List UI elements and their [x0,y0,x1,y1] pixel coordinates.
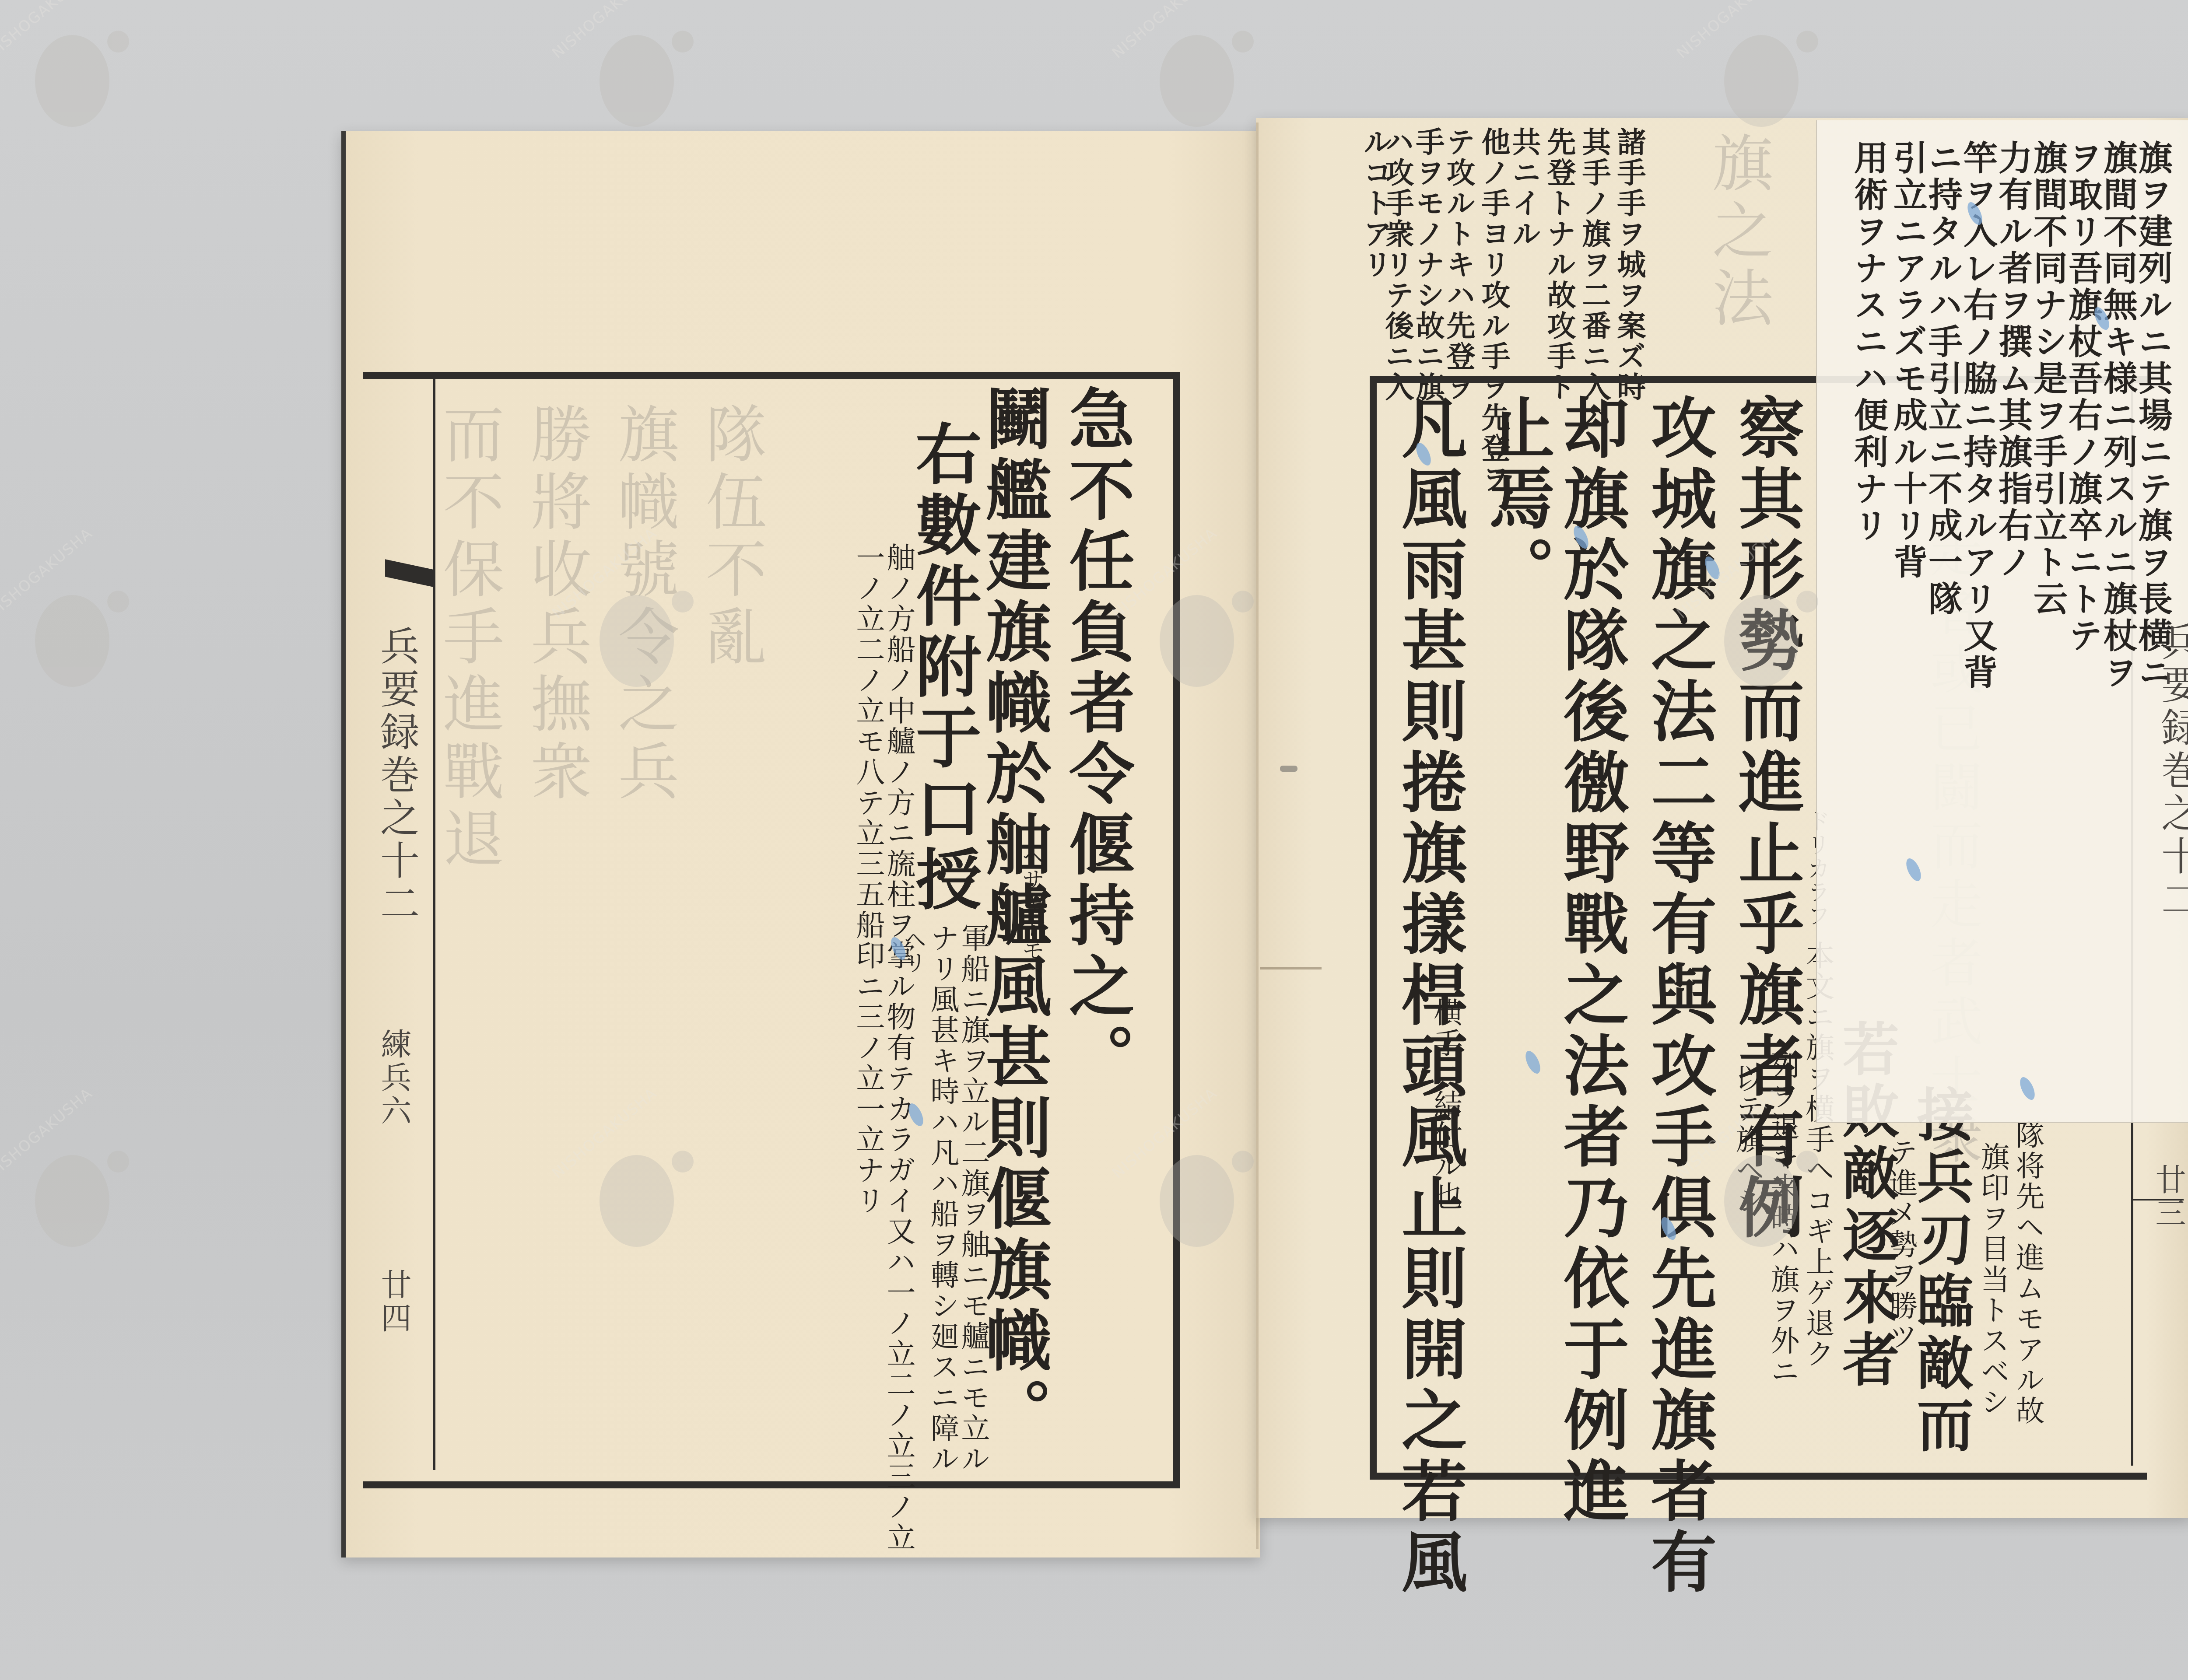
paper-tear-mark [1260,967,1322,969]
watermark-logo: NISHOGAKUSHA [1707,17,1812,131]
slip-text-column: 旗間不同ナシ是ヲ手引立ト云 [2030,140,2065,618]
watermark-logo: NISHOGAKUSHA [1142,1137,1247,1251]
slip-text-column: 旗ヲ建列ルニ其場ニテ旗ヲ長横ニ [2135,140,2170,691]
slip-text-column: ヲ取リ吾旗杖吾右ノ旗卒ニトテ [2065,140,2100,654]
watermark-logo: NISHOGAKUSHA [582,577,687,691]
watermark-logo: NISHOGAKUSHA [18,1137,123,1251]
gloss-column: テ進メ勢ヲ勝ツ [1886,1137,1915,1352]
watermark-logo: NISHOGAKUSHA [1142,17,1247,131]
gloss-column: 一ノ立二ノ立モ八テ立三五船印ニ三ノ立一立ナリ [853,542,882,1216]
watermark-logo: NISHOGAKUSHA [582,17,687,131]
main-text-column: 止焉。 [1483,394,1549,606]
slip-text-column: 旗間不同無キ様ニ列スルニ旗杖ヲ [2100,140,2135,691]
main-text-column: 右數件附于口授 [910,420,976,916]
slip-text-column: 引立ニアラズモ成ル十リ背 [1890,140,1925,581]
gloss-column: 横手ニ結付ル也 [1431,997,1460,1212]
main-text-column: 凡風雨甚則捲旗㨾桿頭風止則開之若風 [1396,394,1462,1599]
main-text-column: 急不任負者令偃持之。 [1063,385,1129,1094]
bleed-through-text: 旗之法 [1707,131,1768,333]
folio-number: 廿三 [2153,1164,2184,1230]
main-text-column: 接兵刃臨敵而 [1912,1085,1969,1458]
gloss-column: 隊将先ヘ進ムモアル故 [2013,1120,2042,1426]
slip-text-column: 用術ヲナスニハ便利ナリ [1851,140,1885,544]
watermark-logo: NISHOGAKUSHA [1707,1137,1812,1251]
gloss-column: ナリ風甚キ時ハ凡ハ船ヲ轉シ廻スニ障ル [928,923,957,1474]
top-note-column: 先登トナル故攻手ト [1545,127,1574,402]
watermark-logo: NISHOGAKUSHA [582,1137,687,1251]
book-title: 兵要録巻之十二 [2157,621,2188,921]
book-spine [1256,122,1259,1549]
gloss-column: 旗印ヲ目当トスベシ [1978,1142,2007,1417]
ink-speck [1280,766,1297,772]
top-note-column: テ攻ルトキハ先登ヲ [1444,127,1473,402]
watermark-logo: NISHOGAKUSHA [18,577,123,691]
top-note-column: ルコトアリ [1361,127,1390,280]
book-title: 兵要録巻之十二 [376,626,416,926]
kana-gloss: ヘサキトモ [1020,844,1042,962]
main-text-column: 却旗於隊後徼野戰之法者乃依于例進 [1558,394,1623,1528]
folio-number: 廿四 [379,1269,409,1335]
section-label: 練兵六 [379,1028,409,1128]
watermark-logo: NISHOGAKUSHA [18,17,123,131]
top-note-column: 諸手手ヲ城ヲ案ズ時 [1615,127,1644,402]
gloss-column: 軍船ニ旗ヲ立ル二旗ヲ舳ニモ艫ニモ立ル [958,923,987,1474]
slip-text-column: 力有ル者ヲ撰ム其旗指右ノ [1995,140,2030,581]
watermark-logo: NISHOGAKUSHA [1142,577,1247,691]
watermark-logo: NISHOGAKUSHA [1707,577,1812,691]
margin-rule [433,376,435,1470]
slip-text-column: ニ持タルハ手引立ニ不成一隊 [1925,140,1960,618]
gloss-column: 舳ノ方船ノ中艫ノ方ニ旒柱ヲ掌ル物有テカラガイ又ハ一ノ立二ノ立三ノ立 [884,542,913,1553]
main-text-column: 攻城旗之法二等有與攻手俱先進旗者有 [1645,394,1711,1599]
top-note-column: 手ヲモノナシ故ニ旗 [1413,127,1442,402]
top-note-column: 共ニイル [1510,127,1539,249]
